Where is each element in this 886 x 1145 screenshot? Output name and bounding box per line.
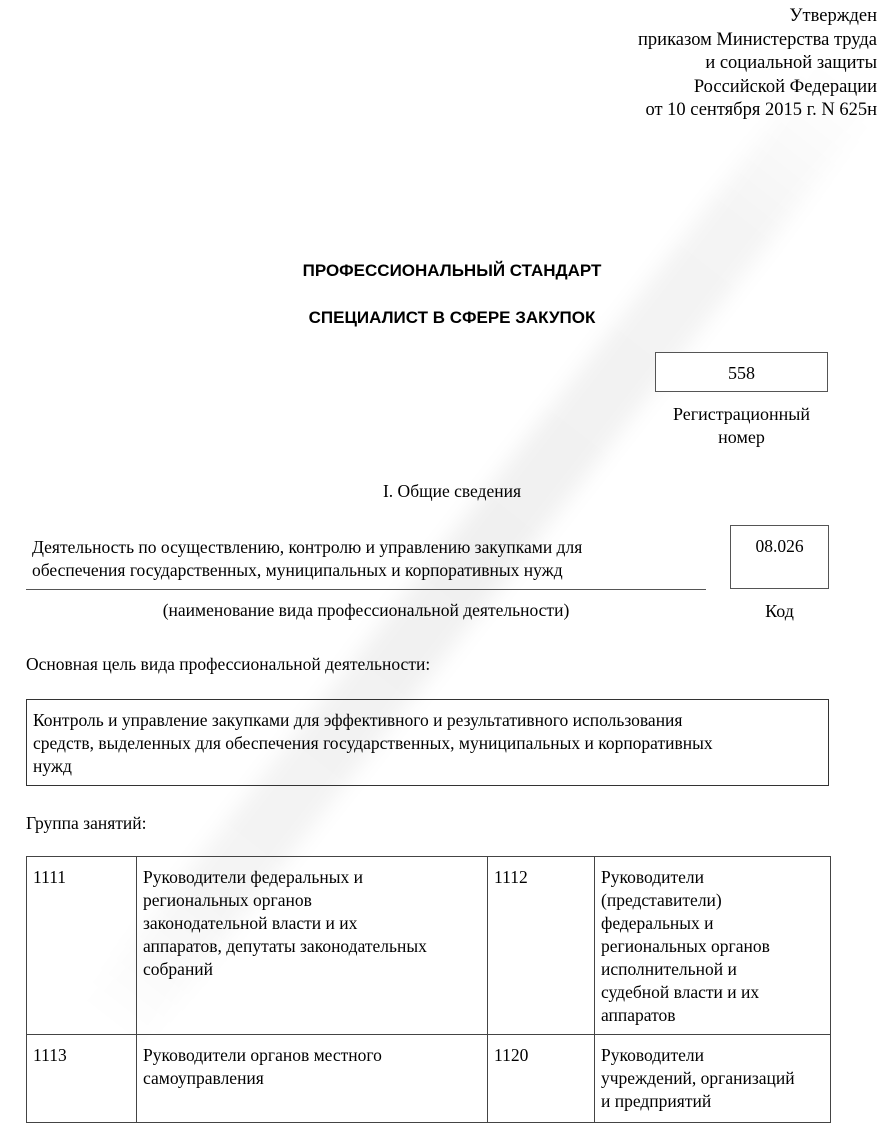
occupation-name-line: и предприятий <box>601 1090 824 1113</box>
occupation-name-line: аппаратов, депутаты законодательных <box>143 935 481 958</box>
occupation-name-line: Руководители федеральных и <box>143 866 481 889</box>
occupation-code: 1111 <box>27 857 137 1035</box>
approval-block: Утвержден приказом Министерства труда и … <box>638 5 877 123</box>
approval-line: от 10 сентября 2015 г. N 625н <box>638 99 877 123</box>
occupation-name-line: исполнительной и <box>601 958 824 981</box>
occupation-name-line: Руководители органов местного <box>143 1044 481 1067</box>
occupation-name-line: аппаратов <box>601 1004 824 1027</box>
section-heading: I. Общие сведения <box>0 481 886 502</box>
occupation-name: Руководители федеральных ирегиональных о… <box>137 857 488 1035</box>
occupation-name-line: (представители) <box>601 889 824 912</box>
occupation-name-line: Руководители <box>601 1044 824 1067</box>
occupation-name-line: учреждений, организаций <box>601 1067 824 1090</box>
occupation-name-line: законодательной власти и их <box>143 912 481 935</box>
approval-line: Российской Федерации <box>638 76 877 100</box>
occupation-name-line: собраний <box>143 958 481 981</box>
goal-line: средств, выделенных для обеспечения госу… <box>33 732 822 755</box>
occupation-code: 1112 <box>488 857 595 1035</box>
occupation-name: Руководители(представители)федеральных и… <box>595 857 831 1035</box>
occupation-name-line: судебной власти и их <box>601 981 824 1004</box>
table-row: 1111Руководители федеральных ирегиональн… <box>27 857 831 1035</box>
occupation-code: 1120 <box>488 1035 595 1123</box>
activity-underline <box>26 589 706 590</box>
activity-name-line: Деятельность по осуществлению, контролю … <box>32 536 712 559</box>
approval-line: Утвержден <box>638 5 877 29</box>
goal-line: Контроль и управление закупками для эффе… <box>33 709 822 732</box>
occupation-name: Руководители органов местногосамоуправле… <box>137 1035 488 1123</box>
activity-caption: (наименование вида профессиональной деят… <box>26 600 706 621</box>
occupation-table: 1111Руководители федеральных ирегиональн… <box>26 856 831 1123</box>
occupation-name-line: самоуправления <box>143 1067 481 1090</box>
activity-name: Деятельность по осуществлению, контролю … <box>32 536 712 582</box>
registration-caption-line: номер <box>655 426 828 449</box>
occupation-name-line: федеральных и <box>601 912 824 935</box>
occupation-name: Руководителиучреждений, организацийи пре… <box>595 1035 831 1123</box>
table-row: 1113Руководители органов местногосамоупр… <box>27 1035 831 1123</box>
occupation-name-line: региональных органов <box>143 889 481 912</box>
document-title: ПРОФЕССИОНАЛЬНЫЙ СТАНДАРТ <box>0 261 886 281</box>
goal-label: Основная цель вида профессиональной деят… <box>26 654 430 675</box>
code-caption: Код <box>730 601 829 622</box>
occupation-name-line: Руководители <box>601 866 824 889</box>
occupation-code: 1113 <box>27 1035 137 1123</box>
activity-name-line: обеспечения государственных, муниципальн… <box>32 559 712 582</box>
approval-line: приказом Министерства труда <box>638 29 877 53</box>
goal-box: Контроль и управление закупками для эффе… <box>26 699 829 786</box>
registration-number-caption: Регистрационный номер <box>655 403 828 449</box>
occupation-group-label: Группа занятий: <box>26 813 147 834</box>
occupation-name-line: региональных органов <box>601 935 824 958</box>
goal-line: нужд <box>33 755 822 778</box>
registration-caption-line: Регистрационный <box>655 403 828 426</box>
document-subtitle: СПЕЦИАЛИСТ В СФЕРЕ ЗАКУПОК <box>0 308 886 328</box>
approval-line: и социальной защиты <box>638 52 877 76</box>
registration-number-box: 558 <box>655 352 828 392</box>
activity-code-box: 08.026 <box>730 525 829 589</box>
